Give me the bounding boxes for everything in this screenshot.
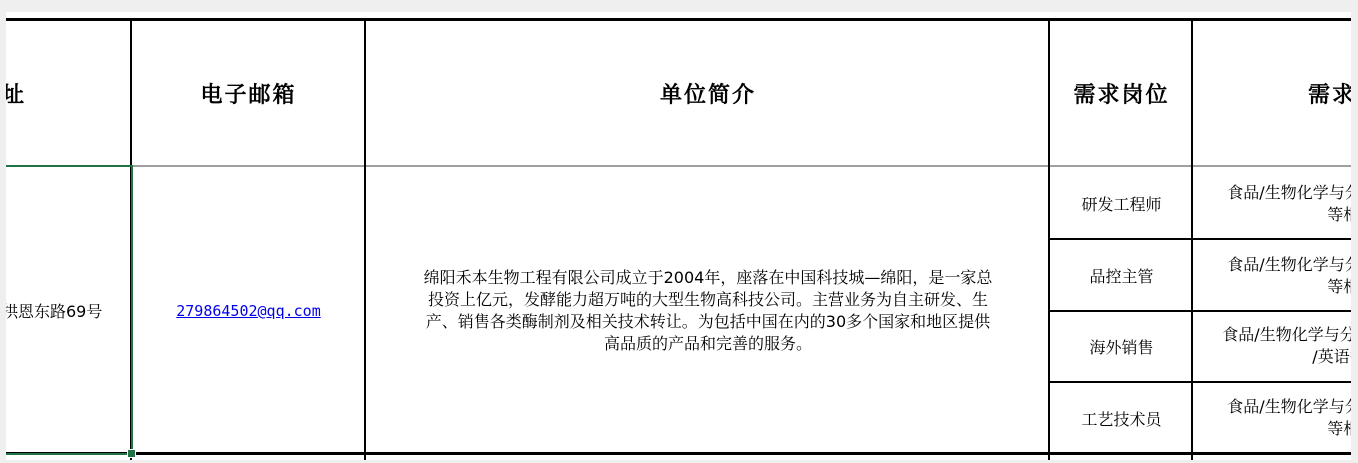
- requirement-cell-2[interactable]: 食品/生物化学与分 等相: [1194, 240, 1351, 310]
- header-intro-label: 单位简介: [660, 78, 756, 109]
- requirement-text: 食品/生物化学与分 等相: [1227, 396, 1351, 440]
- header-position-label: 需求岗位: [1073, 78, 1169, 109]
- email-cell[interactable]: 279864502@qq.com: [132, 168, 365, 453]
- intro-line: 投资上亿元，发酵能力超万吨的大型生物高科技公司。主营业务为自主研发、生: [424, 289, 993, 311]
- cell-selection-outline: [6, 165, 133, 455]
- requirement-text: 食品/生物化学与分 /英语等: [1222, 324, 1351, 368]
- intro-line: 高品质的产品和完善的服务。: [424, 333, 993, 355]
- requirement-line: 等相: [1227, 204, 1351, 226]
- position-cell-1[interactable]: 研发工程师: [1051, 168, 1192, 238]
- header-cell-requirement[interactable]: 需求: [1194, 20, 1351, 166]
- intro-cell[interactable]: 绵阳禾本生物工程有限公司成立于2004年，座落在中国科技城—绵阳，是一家总 投资…: [367, 168, 1049, 453]
- header-cell-email[interactable]: 电子邮箱: [132, 20, 365, 166]
- grid-col-line-3: [1048, 18, 1050, 460]
- requirement-line: /英语等: [1222, 346, 1351, 368]
- requirement-text: 食品/生物化学与分 等相: [1227, 182, 1351, 226]
- header-requirement-label: 需求: [1308, 78, 1351, 109]
- requirement-line: 食品/生物化学与分: [1227, 254, 1351, 276]
- header-cell-intro[interactable]: 单位简介: [367, 20, 1049, 166]
- header-cell-address[interactable]: 址: [6, 20, 130, 166]
- requirement-text: 食品/生物化学与分 等相: [1227, 254, 1351, 298]
- fill-handle[interactable]: [127, 449, 136, 458]
- position-cell-3[interactable]: 海外销售: [1051, 312, 1192, 381]
- header-address-label: 址: [6, 78, 26, 109]
- intro-line: 绵阳禾本生物工程有限公司成立于2004年，座落在中国科技城—绵阳，是一家总: [424, 267, 993, 289]
- grid-col-line-4: [1191, 18, 1193, 460]
- position-title: 研发工程师: [1081, 192, 1161, 215]
- grid-line-bottom: [6, 452, 1351, 455]
- grid-col-line-2: [364, 18, 366, 460]
- grid-line-header-bottom: [6, 165, 1351, 167]
- header-email-label: 电子邮箱: [200, 78, 296, 109]
- position-title: 工艺技术员: [1081, 407, 1161, 430]
- intro-text: 绵阳禾本生物工程有限公司成立于2004年，座落在中国科技城—绵阳，是一家总 投资…: [416, 267, 1001, 355]
- header-cell-position[interactable]: 需求岗位: [1051, 20, 1192, 166]
- requirement-line: 等相: [1227, 418, 1351, 440]
- grid-line-top: [6, 18, 1351, 21]
- requirement-cell-3[interactable]: 食品/生物化学与分 /英语等: [1194, 312, 1351, 381]
- requirement-line: 食品/生物化学与分: [1227, 182, 1351, 204]
- requirement-cell-4[interactable]: 食品/生物化学与分 等相: [1194, 383, 1351, 453]
- position-cell-4[interactable]: 工艺技术员: [1051, 383, 1192, 453]
- grid-line-row-1: [1049, 238, 1351, 240]
- email-link[interactable]: 279864502@qq.com: [176, 302, 321, 320]
- requirement-line: 食品/生物化学与分: [1227, 396, 1351, 418]
- requirement-cell-1[interactable]: 食品/生物化学与分 等相: [1194, 168, 1351, 238]
- position-cell-2[interactable]: 品控主管: [1051, 240, 1192, 310]
- requirement-line: 食品/生物化学与分: [1222, 324, 1351, 346]
- position-title: 海外销售: [1089, 335, 1153, 358]
- requirement-line: 等相: [1227, 276, 1351, 298]
- intro-line: 产、销售各类酶制剂及相关技术转让。为包括中国在内的30多个国家和地区提供: [424, 311, 993, 333]
- grid-line-row-3: [1049, 381, 1351, 383]
- spreadsheet-grid: 址 电子邮箱 单位简介 需求岗位 需求 拱恩东路69号 279864502@qq…: [6, 12, 1351, 460]
- grid-line-row-2: [1049, 310, 1351, 312]
- position-title: 品控主管: [1089, 264, 1153, 287]
